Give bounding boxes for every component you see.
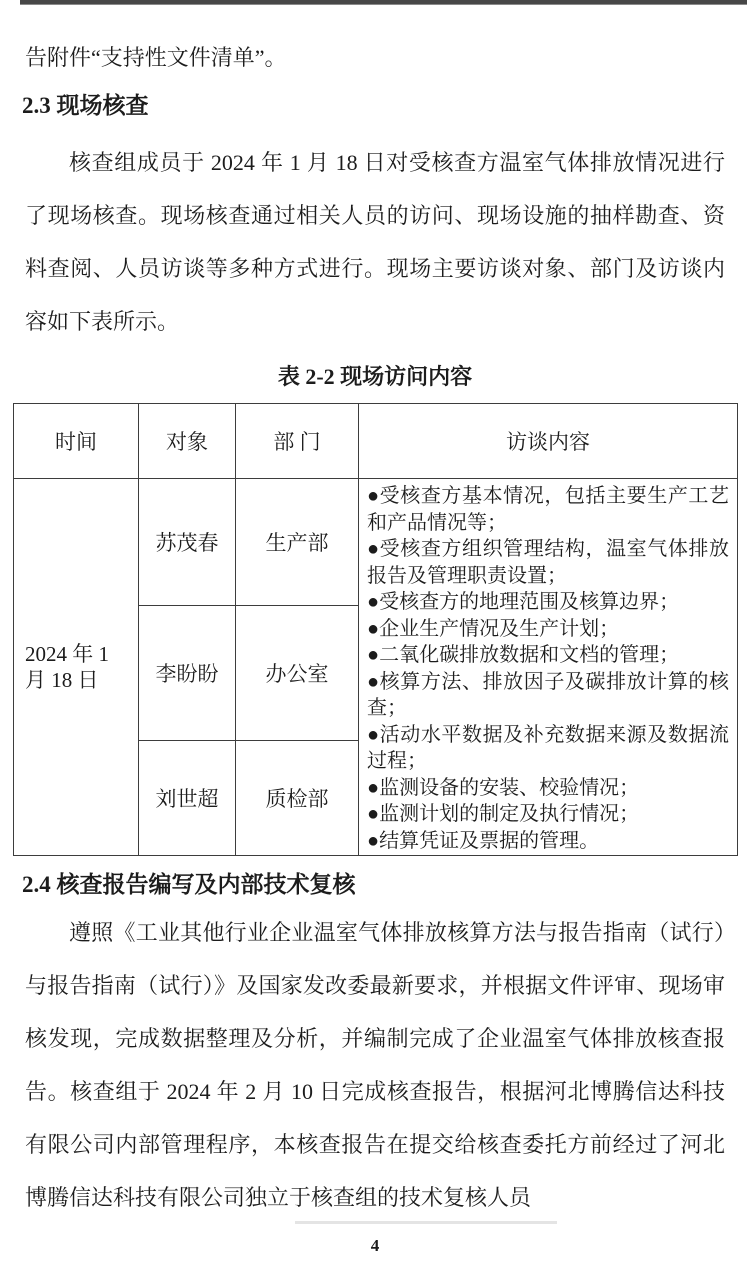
topic-item: ●监测计划的制定及执行情况； <box>367 801 729 828</box>
cell-department: 办公室 <box>236 606 359 741</box>
table-2-2-title: 表 2-2 现场访问内容 <box>0 360 750 391</box>
section-2-4-heading: 2.4 核查报告编写及内部技术复核 <box>22 871 732 899</box>
header-department: 部 门 <box>236 404 359 479</box>
top-edge-artifact <box>20 0 747 5</box>
topic-item: ●活动水平数据及补充数据来源及数据流过程； <box>367 722 729 775</box>
topic-item: ●受核查方的地理范围及核算边界； <box>367 589 729 616</box>
cell-person: 刘世超 <box>139 741 236 856</box>
table-row: 2024 年 1 月 18 日 苏茂春 生产部 ●受核查方基本情况，包括主要生产… <box>14 479 738 606</box>
cell-department: 质检部 <box>236 741 359 856</box>
header-content: 访谈内容 <box>359 404 738 479</box>
header-person: 对象 <box>139 404 236 479</box>
topic-item: ●监测设备的安装、校验情况； <box>367 775 729 802</box>
scan-artifact <box>295 1221 557 1224</box>
topic-item: ●受核查方组织管理结构，温室气体排放报告及管理职责设置； <box>367 536 729 589</box>
cell-department: 生产部 <box>236 479 359 606</box>
cell-time: 2024 年 1 月 18 日 <box>14 479 139 856</box>
cell-person: 李盼盼 <box>139 606 236 741</box>
topic-item: ●结算凭证及票据的管理。 <box>367 828 729 855</box>
table-header-row: 时间 对象 部 门 访谈内容 <box>14 404 738 479</box>
cell-person: 苏茂春 <box>139 479 236 606</box>
topic-item: ●企业生产情况及生产计划； <box>367 616 729 643</box>
page-number: 4 <box>0 1236 750 1256</box>
topic-item: ●核算方法、排放因子及碳排放计算的核查； <box>367 669 729 722</box>
document-page: 告附件“支持性文件清单”。 2.3 现场核查 核查组成员于 2024 年 1 月… <box>0 0 750 1267</box>
section-2-3-heading: 2.3 现场核查 <box>22 92 732 120</box>
topic-item: ●受核查方基本情况，包括主要生产工艺和产品情况等； <box>367 483 729 536</box>
section-2-4-paragraph: 遵照《工业其他行业企业温室气体排放核算方法与报告指南（试行）与报告指南（试行）》… <box>25 906 725 1224</box>
site-visit-table: 时间 对象 部 门 访谈内容 2024 年 1 月 18 日 苏茂春 生产部 ●… <box>13 403 738 856</box>
section-2-3-paragraph: 核查组成员于 2024 年 1 月 18 日对受核查方温室气体排放情况进行了现场… <box>25 136 725 348</box>
intro-text: 告附件“支持性文件清单”。 <box>25 44 725 72</box>
cell-interview-topics: ●受核查方基本情况，包括主要生产工艺和产品情况等； ●受核查方组织管理结构，温室… <box>359 479 738 856</box>
topic-item: ●二氧化碳排放数据和文档的管理； <box>367 642 729 669</box>
header-time: 时间 <box>14 404 139 479</box>
